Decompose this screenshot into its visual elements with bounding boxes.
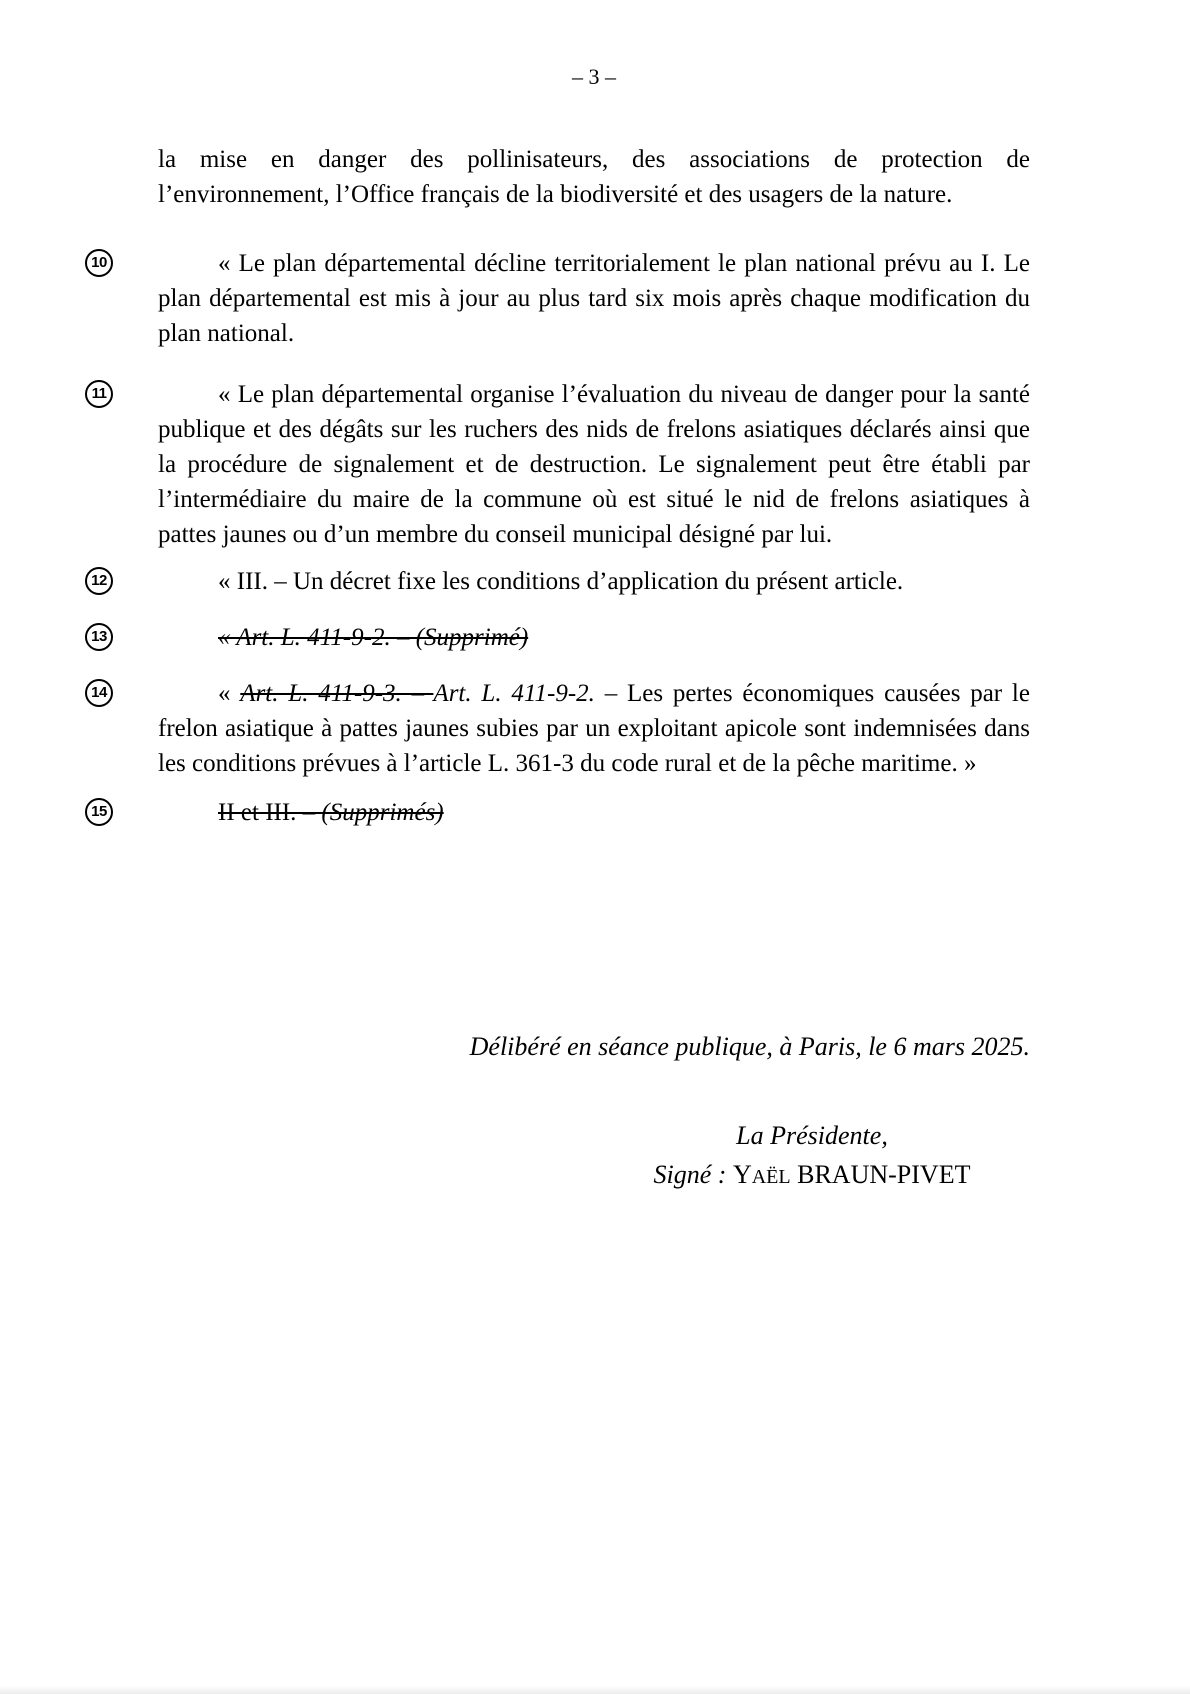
text-segment: « Art. L. 411-9-2. – (Supprimé)	[218, 624, 528, 651]
alinea-number-badge: 15	[85, 798, 113, 826]
text-segment: « Le plan départemental décline territor…	[158, 250, 1030, 347]
alinea-12: 12« III. – Un décret fixe les conditions…	[158, 564, 1030, 599]
signer-name-initial: Y	[733, 1160, 752, 1189]
document-body: la mise en danger des pollinisateurs, de…	[158, 142, 1030, 830]
alinea-number-badge: 11	[85, 380, 113, 408]
alinea-number-badge: 14	[85, 679, 113, 707]
intro-paragraph: la mise en danger des pollinisateurs, de…	[158, 142, 1030, 212]
text-segment: Art. L. 411-9-3. –	[240, 680, 433, 707]
alinea-number-badge: 10	[85, 249, 113, 277]
page-number: – 3 –	[158, 64, 1030, 90]
signature-block: La Présidente, Signé : YAËL BRAUN-PIVET	[562, 1116, 1062, 1197]
alinea-11: 11« Le plan départemental organise l’éva…	[158, 377, 1030, 552]
text-segment: II et III. –	[218, 799, 321, 826]
alinea-14: 14« Art. L. 411-9-3. – Art. L. 411-9-2. …	[158, 676, 1030, 781]
signer-title: La Présidente,	[562, 1116, 1062, 1155]
signed-prefix: Signé :	[654, 1160, 733, 1189]
text-segment: « III. – Un décret fixe les conditions d…	[218, 568, 903, 595]
text-segment: « Le plan départemental organise l’évalu…	[158, 381, 1030, 548]
alinea-10: 10« Le plan départemental décline territ…	[158, 246, 1030, 351]
signer-name-small-caps: AËL	[752, 1166, 791, 1188]
document-page: – 3 – la mise en danger des pollinisateu…	[0, 0, 1190, 1694]
text-segment: Art. L. 411-9-2.	[433, 680, 594, 707]
alinea-number-badge: 12	[85, 567, 113, 595]
alinea-13: 13« Art. L. 411-9-2. – (Supprimé)	[158, 620, 1030, 655]
text-segment: la mise en danger des pollinisateurs, de…	[158, 146, 1030, 208]
page-bottom-shadow	[0, 1686, 1190, 1694]
text-segment: «	[218, 680, 240, 707]
alinea-15: 15II et III. – (Supprimés)	[158, 795, 1030, 830]
text-segment: (Supprimés)	[321, 799, 443, 826]
alinea-number-badge: 13	[85, 623, 113, 651]
signature-line: Signé : YAËL BRAUN-PIVET	[562, 1155, 1062, 1197]
deliberation-line: Délibéré en séance publique, à Paris, le…	[158, 1031, 1030, 1063]
signer-name: YAËL BRAUN-PIVET	[733, 1160, 971, 1189]
signer-name-rest: BRAUN-PIVET	[791, 1160, 971, 1189]
